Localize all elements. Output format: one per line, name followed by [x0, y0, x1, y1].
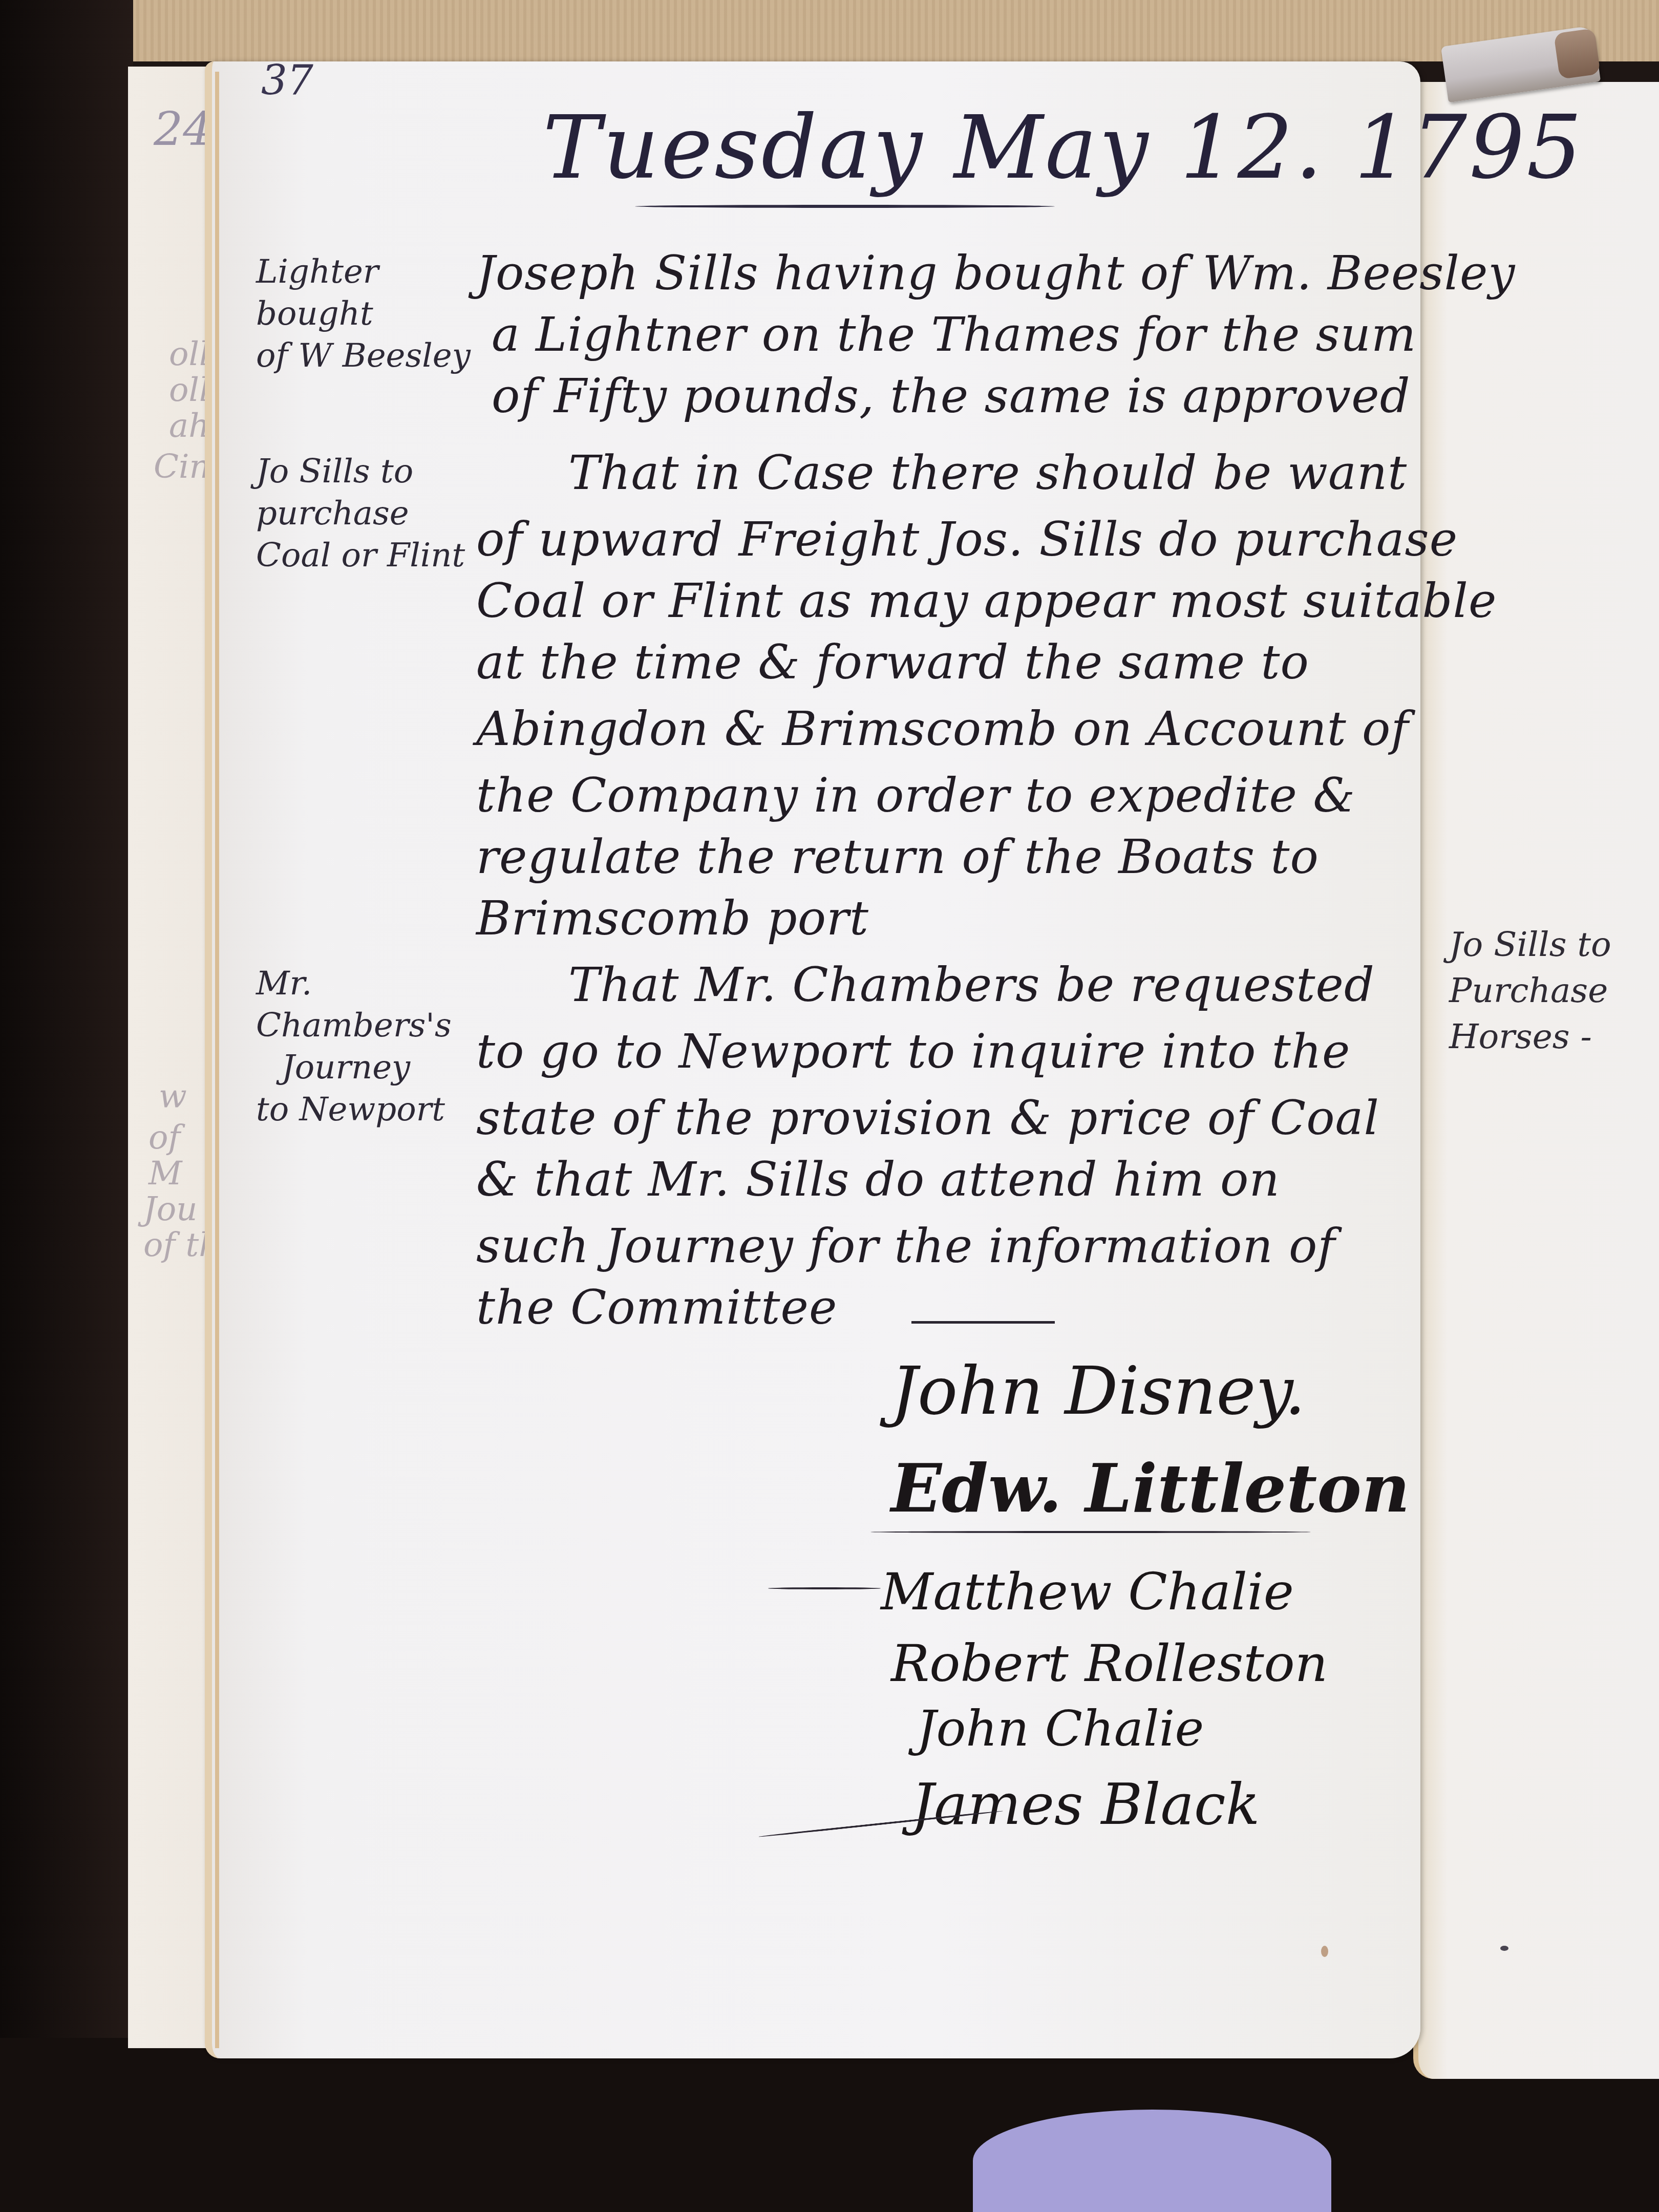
margin-note-lighter-bought: Lighter bought of W Beesley [256, 251, 497, 377]
margin-note-line: Lighter bought [256, 251, 497, 335]
previous-page-fragment: w [159, 1080, 187, 1113]
previous-page-fragment: Jou [143, 1193, 197, 1226]
margin-note-line: Jo Sills to [256, 451, 497, 493]
entry-line: of upward Freight Jos. Sills do purchase [476, 512, 1458, 567]
entry-line: That in Case there should be want [568, 445, 1407, 500]
page-edge-shadow [215, 72, 219, 2048]
signature: John Disney. [891, 1352, 1306, 1430]
entry-line: regulate the return of the Boats to [476, 829, 1319, 884]
book-cover-left-edge [0, 0, 133, 2212]
entry-line: the Committee [476, 1280, 837, 1335]
book-cover-bottom [0, 2038, 1659, 2212]
signature: Robert Rolleston [891, 1633, 1328, 1693]
entry-line: Abingdon & Brimscomb on Account of [476, 701, 1409, 756]
entry-line: & that Mr. Sills do attend him on [476, 1152, 1280, 1207]
margin-note-line: Horses - [1449, 1014, 1654, 1060]
paper-stain [1500, 1946, 1508, 1951]
margin-note-line: of W Beesley [256, 335, 497, 377]
entry-line: at the time & forward the same to [476, 635, 1309, 690]
previous-page-number: 24 [154, 102, 212, 156]
previous-page-fragment: M [148, 1157, 182, 1190]
entry-line: to go to Newport to inquire into the [476, 1024, 1350, 1079]
signature-flourish [870, 1531, 1311, 1533]
previous-page-fragment: Cin [154, 451, 210, 483]
metal-clip-end [1554, 28, 1601, 79]
page-number: 37 [261, 56, 313, 104]
page-heading-date: Tuesday May 12. 1795 [543, 97, 1584, 199]
facing-page-margin-note: Jo Sills to Purchase Horses - [1449, 922, 1654, 1060]
entry-line: Coal or Flint as may appear most suitabl… [476, 573, 1497, 628]
margin-note-line: Jo Sills to [1449, 922, 1654, 968]
background-surface [973, 2110, 1331, 2212]
signature-flourish [768, 1587, 881, 1589]
heading-underline [635, 205, 1055, 208]
margin-note-line: Journey [256, 1047, 497, 1089]
entry-line: state of the provision & price of Coal [476, 1091, 1379, 1145]
signature: Edw. Littleton [891, 1449, 1410, 1527]
entry-line: That Mr. Chambers be requested [568, 958, 1375, 1012]
facing-page [1413, 82, 1659, 2079]
signature: James Black [911, 1772, 1260, 1837]
entry-line: of Fifty pounds, the same is approved [492, 369, 1411, 423]
entry-line: a Lightner on the Thames for the sum [492, 307, 1416, 362]
margin-note-coal-or-flint: Jo Sills to purchase Coal or Flint [256, 451, 497, 577]
margin-note-line: Purchase [1449, 968, 1654, 1014]
entry-end-rule [911, 1321, 1055, 1324]
margin-note-line: to Newport [256, 1089, 497, 1131]
entry-line: such Journey for the information of [476, 1219, 1335, 1273]
entry-line: the Company in order to expedite & [476, 768, 1355, 823]
margin-note-chambers-journey: Mr. Chambers's Journey to Newport [256, 963, 497, 1131]
previous-page-fragment: of [148, 1121, 180, 1154]
margin-note-line: purchase [256, 493, 497, 535]
margin-note-line: Mr. Chambers's [256, 963, 497, 1047]
entry-line: Joseph Sills having bought of Wm. Beesle… [476, 246, 1515, 301]
signature: Matthew Chalie [881, 1562, 1294, 1622]
entry-line: Brimscomb port [476, 891, 869, 946]
paper-stain [1321, 1946, 1328, 1957]
signature: John Chalie [917, 1700, 1204, 1757]
margin-note-line: Coal or Flint [256, 535, 497, 577]
